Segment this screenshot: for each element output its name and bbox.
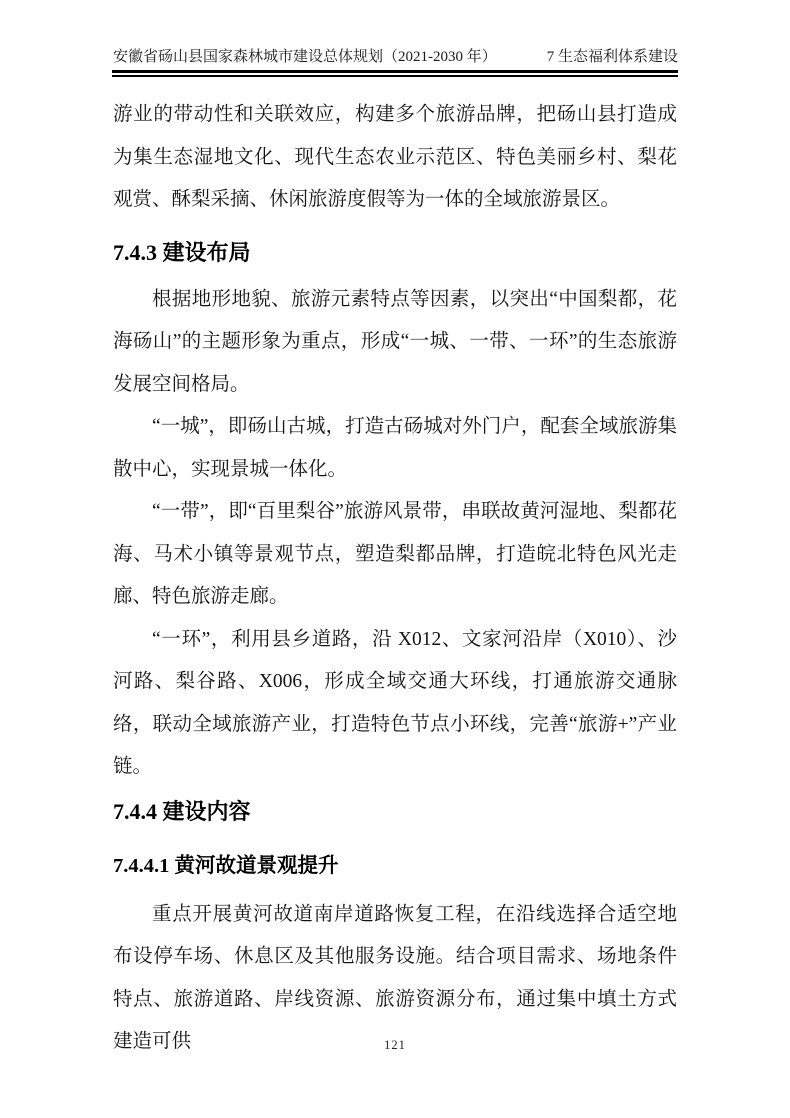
body-paragraph: “一环”，利用县乡道路，沿 X012、文家河沿岸（X010）、沙河路、梨谷路、X…: [113, 619, 677, 789]
header-right-title: 7 生态福利体系建设: [547, 47, 678, 67]
body-paragraph-continued: 游业的带动性和关联效应，构建多个旅游品牌，把砀山县打造成为集生态湿地文化、现代生…: [113, 94, 677, 222]
document-page: 安徽省砀山县国家森林城市建设总体规划（2021-2030 年） 7 生态福利体系…: [0, 0, 790, 1118]
page-header: 安徽省砀山县国家森林城市建设总体规划（2021-2030 年） 7 生态福利体系…: [113, 47, 678, 67]
section-heading-7-4-4: 7.4.4 建设内容: [113, 796, 677, 828]
page-footer: 121: [0, 1038, 790, 1053]
header-divider-rule: [112, 70, 678, 77]
header-left-title: 安徽省砀山县国家森林城市建设总体规划（2021-2030 年）: [113, 47, 497, 67]
section-heading-7-4-3: 7.4.3 建设布局: [113, 237, 677, 269]
body-paragraph: “一城”，即砀山古城，打造古砀城对外门户，配套全域旅游集散中心，实现景城一体化。: [113, 406, 677, 491]
body-paragraph: “一带”，即“百里梨谷”旅游风景带，串联故黄河湿地、梨都花海、马术小镇等景观节点…: [113, 491, 677, 619]
body-paragraph: 根据地形地貌、旅游元素特点等因素，以突出“中国梨都，花海砀山”的主题形象为重点，…: [113, 279, 677, 407]
subsection-heading-7-4-4-1: 7.4.4.1 黄河故道景观提升: [113, 851, 677, 881]
document-body: 游业的带动性和关联效应，构建多个旅游品牌，把砀山县打造成为集生态湿地文化、现代生…: [113, 94, 677, 1064]
page-number: 121: [384, 1038, 406, 1052]
